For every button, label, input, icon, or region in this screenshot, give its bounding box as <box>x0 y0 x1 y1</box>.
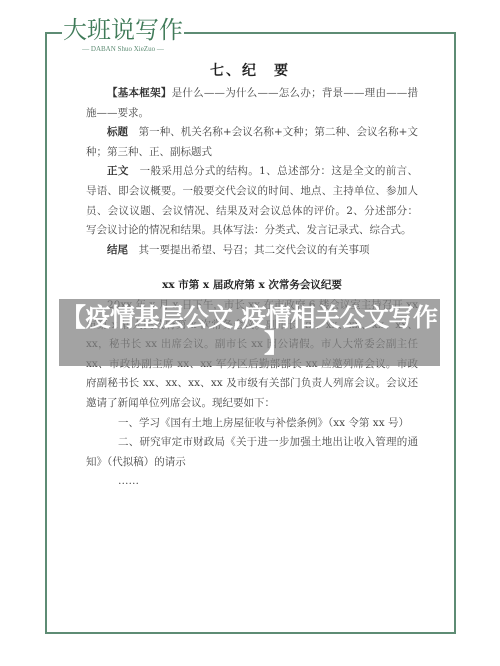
paragraph-body-rules: 正文 一般采用总分式的结构。1、总述部分：这是全文的前言、导语、即会议概要。一般… <box>86 162 418 240</box>
example-item-2: 二、研究审定市财政局《关于进一步加强土地出让收入管理的通知》（代拟稿）的请示 <box>86 433 418 472</box>
paragraph-label: 结尾 <box>107 244 128 256</box>
document-title: 七、纪 要 <box>0 60 500 80</box>
title-banner-overlay: 【疫情基层公文,疫情相关公文写作 】 <box>59 299 440 366</box>
paragraph-label: 【基本框架】 <box>107 87 172 99</box>
paragraph-label: 正文 <box>107 165 129 177</box>
document-body: 【基本框架】是什么——为什么——怎么办；背景——理由——措施——要求。 标题 第… <box>86 84 418 492</box>
paragraph-text: 一般采用总分式的结构。1、总述部分：这是全文的前言、导语、即会议概要。一般要交代… <box>86 165 418 236</box>
paragraph-ending-rules: 结尾 其一要提出希望、号召；其二交代会议的有关事项 <box>86 241 418 261</box>
paragraph-text: 其一要提出希望、号召；其二交代会议的有关事项 <box>128 244 370 256</box>
paragraph-title-rules: 标题 第一种、机关名称+会议名称+文种；第二种、会议名称+文种；第三种、正、副标… <box>86 123 418 162</box>
banner-title: 【疫情基层公文,疫情相关公文写作 <box>59 303 440 333</box>
paragraph-text: 第一种、机关名称+会议名称+文种；第二种、会议名称+文种；第三种、正、副标题式 <box>86 126 418 158</box>
example-item-1: 一、学习《国有土地上房屋征收与补偿条例》（xx 令第 xx 号） <box>86 414 418 434</box>
banner-title-closing-bracket: 】 <box>264 329 289 359</box>
paragraph-label: 标题 <box>107 126 128 138</box>
logo-title: 大班说写作 <box>62 16 184 44</box>
logo: 大班说写作 — DABAN Shuo XieZuo — <box>62 16 184 56</box>
logo-subtitle: — DABAN Shuo XieZuo — <box>62 44 184 54</box>
paragraph-framework: 【基本框架】是什么——为什么——怎么办；背景——理由——措施——要求。 <box>86 84 418 123</box>
example-title: xx 市第 x 届政府第 x 次常务会议纪要 <box>86 276 418 296</box>
example-ellipsis: …… <box>86 472 418 492</box>
